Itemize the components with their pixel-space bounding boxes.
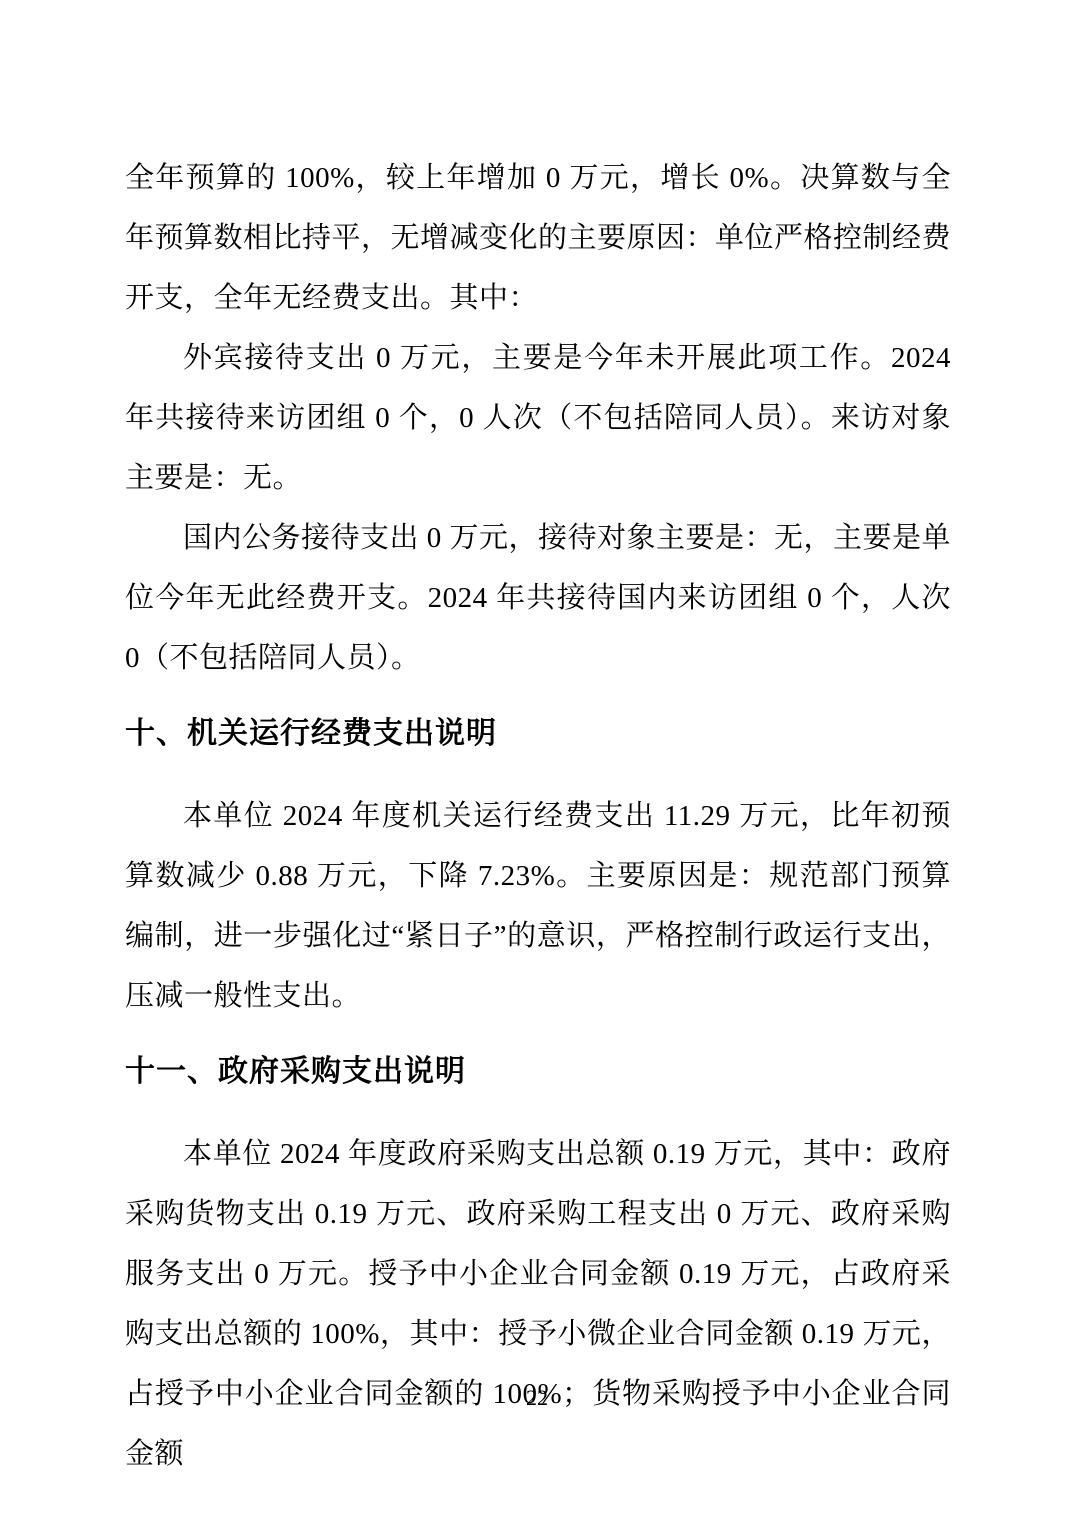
- paragraph-domestic-official-reception: 国内公务接待支出 0 万元，接待对象主要是：无，主要是单位今年无此经费开支。20…: [125, 508, 951, 688]
- paragraph-agency-operating-expense: 本单位 2024 年度机关运行经费支出 11.29 万元，比年初预算数减少 0.…: [125, 786, 951, 1026]
- page-number: 22: [0, 1384, 1074, 1412]
- section-heading-government-procurement: 十一、政府采购支出说明: [125, 1050, 951, 1094]
- paragraph-government-procurement: 本单位 2024 年度政府采购支出总额 0.19 万元，其中：政府采购货物支出 …: [125, 1124, 951, 1484]
- paragraph-foreign-guest-reception: 外宾接待支出 0 万元，主要是今年未开展此项工作。2024 年共接待来访团组 0…: [125, 328, 951, 508]
- document-page: 全年预算的 100%，较上年增加 0 万元，增长 0%。决算数与全年预算数相比持…: [0, 0, 1074, 1520]
- paragraph-budget-continuation: 全年预算的 100%，较上年增加 0 万元，增长 0%。决算数与全年预算数相比持…: [125, 148, 951, 328]
- document-body: 全年预算的 100%，较上年增加 0 万元，增长 0%。决算数与全年预算数相比持…: [125, 148, 951, 1484]
- section-heading-agency-operating-expense: 十、机关运行经费支出说明: [125, 712, 951, 756]
